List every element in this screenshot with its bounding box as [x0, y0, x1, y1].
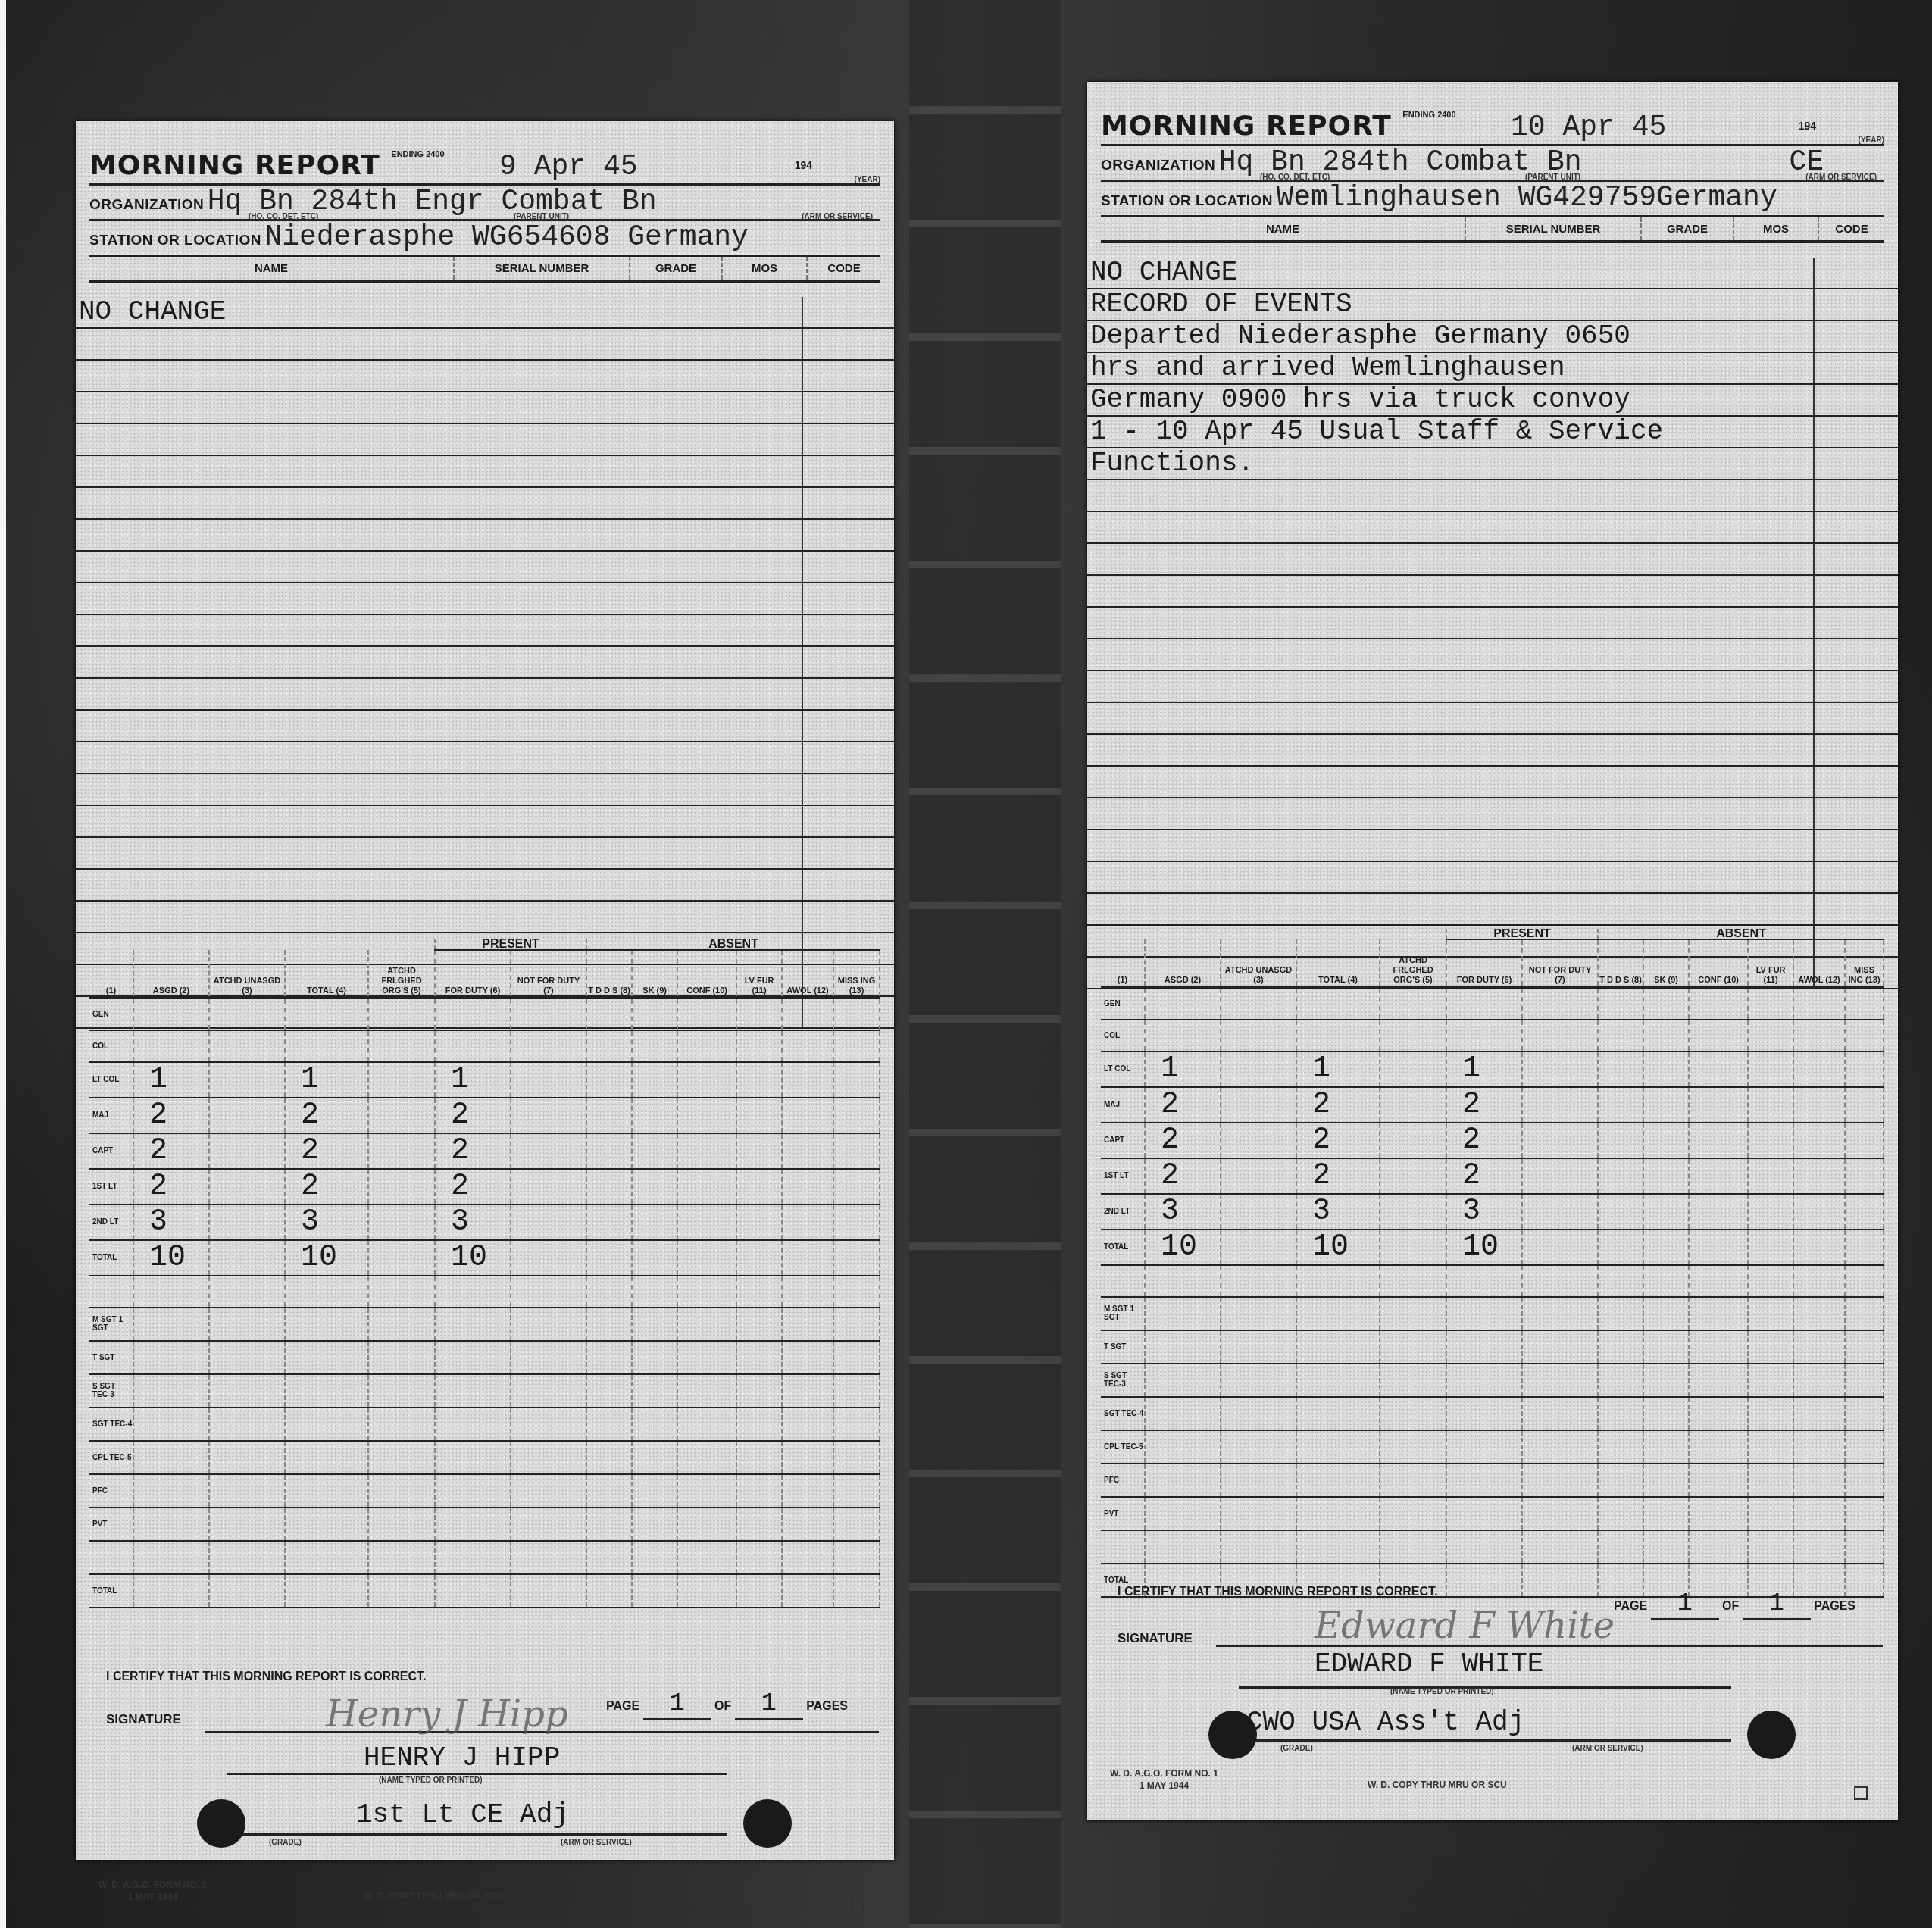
rank-label: TOTAL	[89, 1574, 133, 1608]
strength-cell	[1522, 1158, 1598, 1194]
strength-cell	[586, 1098, 632, 1133]
strength-cell	[209, 998, 285, 1030]
strength-cell: 3	[435, 1205, 511, 1240]
strength-cell	[209, 1508, 285, 1541]
strength-cell	[1446, 1364, 1522, 1397]
col-name: NAME	[1101, 217, 1466, 240]
strength-cell	[1748, 1430, 1793, 1464]
strength-cell	[1145, 1364, 1221, 1397]
page-label: PAGE	[606, 1700, 639, 1713]
strength-cell	[1296, 1364, 1380, 1397]
strength-cell	[632, 1205, 677, 1240]
strength-cell	[1145, 1330, 1221, 1364]
roster-line	[1087, 639, 1898, 671]
rank-label	[1101, 1530, 1145, 1564]
strength-cell	[1380, 1530, 1446, 1564]
strength-cell	[1221, 1051, 1296, 1087]
col-grade: GRADE	[630, 257, 723, 280]
strength-cell	[1748, 1464, 1793, 1497]
strength-col-header: LV FUR (11)	[736, 950, 782, 998]
strength-cell	[1748, 1087, 1793, 1123]
strength-cell	[1643, 1297, 1689, 1330]
strength-cell	[1296, 1430, 1380, 1464]
organization-label: ORGANIZATION	[1101, 158, 1215, 173]
strength-cell	[285, 1341, 368, 1374]
roster-entries: NO CHANGE	[76, 297, 894, 1029]
strength-cell	[511, 1574, 586, 1608]
rank-label: M SGT 1 SGT	[89, 1308, 133, 1341]
strength-cell	[1643, 1123, 1689, 1158]
strength-col-header: ASGD (2)	[133, 950, 209, 998]
rank-label: CPL TEC-5	[1101, 1430, 1145, 1464]
strength-cell	[209, 1133, 285, 1169]
strength-cell	[1689, 1087, 1748, 1123]
strength-cell	[1598, 1123, 1643, 1158]
station-value: Niederasphe WG654608 Germany	[264, 221, 749, 254]
strength-cell	[782, 1541, 833, 1574]
col-grade: GRADE	[1642, 217, 1734, 240]
strength-cell	[736, 1205, 782, 1240]
unit-caption: (HQ, CO, DET, ETC)	[249, 213, 318, 221]
strength-cell	[1296, 1297, 1380, 1330]
strength-cell	[1296, 1397, 1380, 1430]
enlisted-strength-row: SGT TEC-4	[1101, 1397, 1884, 1430]
strength-cell	[833, 1408, 880, 1441]
strength-cell	[782, 1441, 833, 1474]
officer-strength-row: CAPT222	[1101, 1123, 1884, 1158]
grade-line	[227, 1833, 727, 1836]
strength-cell	[1145, 1397, 1221, 1430]
strength-cell	[1689, 1464, 1748, 1497]
strength-cell	[1845, 1087, 1884, 1123]
strength-cell	[285, 1508, 368, 1541]
rank-label: SGT TEC-4	[1101, 1397, 1145, 1430]
name-line	[227, 1773, 727, 1775]
strength-col-header: MISS ING (13)	[833, 950, 880, 998]
strength-cell	[586, 1474, 632, 1508]
strength-cell	[1845, 1497, 1884, 1530]
strength-cell	[833, 1169, 880, 1205]
station-row: STATION OR LOCATION Niederasphe WG654608…	[89, 221, 880, 257]
strength-cell	[833, 1508, 880, 1541]
enlisted-strength-row: S SGT TEC-3	[1101, 1364, 1884, 1397]
strength-cell	[368, 1474, 435, 1508]
strength-cell	[133, 1374, 209, 1408]
strength-cell	[736, 1374, 782, 1408]
strength-cell	[1380, 1123, 1446, 1158]
strength-cell	[782, 1205, 833, 1240]
report-header: MORNING REPORT ENDING 2400 10 Apr 45 194…	[1101, 111, 1884, 243]
strength-cell	[1689, 1123, 1748, 1158]
strength-cell	[1380, 1397, 1446, 1430]
strength-cell	[368, 1030, 435, 1062]
officer-strength-row	[89, 1276, 880, 1308]
strength-cell	[1643, 1158, 1689, 1194]
strength-cell	[586, 1030, 632, 1062]
strength-cell	[677, 1408, 736, 1441]
parent-caption: (PARENT UNIT)	[1525, 173, 1580, 182]
strength-cell	[736, 1574, 782, 1608]
strength-cell	[833, 1205, 880, 1240]
strength-cell	[285, 1374, 368, 1408]
strength-cell	[833, 1441, 880, 1474]
strength-cell	[368, 1098, 435, 1133]
roster-line	[76, 711, 894, 742]
strength-cell	[1145, 1530, 1221, 1564]
roster-column-header: NAME SERIAL NUMBER GRADE MOS CODE	[89, 257, 880, 283]
arm-service-caption: (ARM OR SERVICE)	[1572, 1745, 1643, 1753]
rank-label: GEN	[1101, 987, 1145, 1020]
strength-cell	[677, 1441, 736, 1474]
enlisted-strength-row: PFC	[89, 1474, 880, 1508]
strength-cell	[1748, 1123, 1793, 1158]
strength-cell	[782, 1408, 833, 1441]
strength-cell	[133, 998, 209, 1030]
strength-cell	[1643, 1464, 1689, 1497]
strength-col-header: NOT FOR DUTY (7)	[511, 950, 586, 998]
strength-cell	[1446, 1497, 1522, 1530]
present-group-header: PRESENT	[435, 939, 586, 950]
strength-col-header: T D D S (8)	[586, 950, 632, 998]
strength-cell: 2	[133, 1169, 209, 1205]
strength-cell	[133, 1341, 209, 1374]
rank-label: PFC	[89, 1474, 133, 1508]
roster-line	[76, 456, 894, 488]
strength-cell	[632, 1276, 677, 1308]
strength-cell	[586, 1240, 632, 1276]
strength-cell	[1446, 1397, 1522, 1430]
strength-cell	[1793, 1330, 1845, 1364]
enlisted-strength-row: M SGT 1 SGT	[1101, 1297, 1884, 1330]
strength-cell	[1845, 1123, 1884, 1158]
strength-cell	[435, 1341, 511, 1374]
arm-service-caption: (ARM OR SERVICE)	[561, 1839, 632, 1847]
strength-cell: 3	[1446, 1194, 1522, 1230]
strength-cell	[1689, 1230, 1748, 1265]
roster-line	[76, 552, 894, 583]
strength-cell	[1793, 1265, 1845, 1297]
strength-cell	[435, 1474, 511, 1508]
strength-cell	[677, 1508, 736, 1541]
strength-cell	[1793, 1087, 1845, 1123]
strength-col-header: (1)	[89, 950, 133, 998]
strength-cell	[1793, 1430, 1845, 1464]
strength-cell	[511, 1374, 586, 1408]
strength-cell	[1522, 1364, 1598, 1397]
form-number: W. D. A.G.O. FORM NO. 1	[98, 1879, 207, 1891]
strength-cell	[1296, 1464, 1380, 1497]
strength-cell	[1845, 1430, 1884, 1464]
strength-cell: 10	[285, 1240, 368, 1276]
strength-cell	[1598, 1265, 1643, 1297]
rank-label: 2ND LT	[1101, 1194, 1145, 1230]
report-date: 10 Apr 45	[1511, 111, 1666, 144]
strength-cell	[1845, 1330, 1884, 1364]
strength-cell	[285, 1441, 368, 1474]
rank-label: 2ND LT	[89, 1205, 133, 1240]
strength-cell	[677, 1308, 736, 1341]
strength-cell	[1598, 1497, 1643, 1530]
strength-cell	[285, 1308, 368, 1341]
strength-cell	[285, 1408, 368, 1441]
strength-cell	[1793, 1397, 1845, 1430]
strength-cell	[368, 1374, 435, 1408]
strength-cell	[1643, 1364, 1689, 1397]
roster-line	[1087, 671, 1898, 703]
ending-label: ENDING 2400	[391, 150, 444, 159]
strength-cell: 2	[1446, 1087, 1522, 1123]
rank-label	[89, 1276, 133, 1308]
page-total: 1	[1743, 1589, 1811, 1620]
roster-line	[76, 329, 894, 361]
strength-col-header: FOR DUTY (6)	[435, 950, 511, 998]
strength-cell	[1380, 1158, 1446, 1194]
strength-cell	[1380, 1020, 1446, 1051]
strength-cell	[435, 1374, 511, 1408]
rank-label: PFC	[1101, 1464, 1145, 1497]
strength-cell	[133, 1308, 209, 1341]
strength-cell	[133, 1441, 209, 1474]
roster-line	[76, 774, 894, 806]
roster-line: NO CHANGE	[76, 297, 894, 329]
strength-cell	[677, 1205, 736, 1240]
strength-cell	[1845, 1265, 1884, 1297]
strength-cell: 2	[1296, 1123, 1380, 1158]
strength-cell	[1296, 1330, 1380, 1364]
rank-label: CAPT	[89, 1133, 133, 1169]
of-label: OF	[714, 1700, 731, 1713]
strength-cell	[511, 1308, 586, 1341]
strength-cell	[1522, 1464, 1598, 1497]
strength-cell	[1221, 1297, 1296, 1330]
strength-cell	[133, 1541, 209, 1574]
roster-line	[1087, 735, 1898, 767]
rank-label: PVT	[89, 1508, 133, 1541]
strength-cell	[1145, 1265, 1221, 1297]
strength-cell	[586, 1062, 632, 1098]
strength-cell	[1522, 1330, 1598, 1364]
strength-cell: 1	[1145, 1051, 1221, 1087]
enlisted-strength-row: PVT	[89, 1508, 880, 1541]
strength-cell	[736, 1441, 782, 1474]
strength-cell	[736, 1030, 782, 1062]
strength-cell	[1446, 1297, 1522, 1330]
strength-cell: 2	[435, 1133, 511, 1169]
enlisted-strength-row	[1101, 1530, 1884, 1564]
morning-report-form-9-apr: MORNING REPORT ENDING 2400 9 Apr 45 194 …	[76, 121, 894, 1860]
strength-col-header: AWOL (12)	[1793, 939, 1845, 987]
strength-col-header: ATCHD FRLGHED ORG'S (5)	[1380, 939, 1446, 987]
copy-note: W. D. COPY THRU MRU OR SCU	[1368, 1779, 1507, 1791]
year-prefix: 194	[795, 159, 812, 171]
strength-col-header: FOR DUTY (6)	[1446, 939, 1522, 987]
page-number: 1	[1651, 1589, 1719, 1620]
strength-cell	[209, 1441, 285, 1474]
strength-cell	[677, 1341, 736, 1374]
rank-label: MAJ	[1101, 1087, 1145, 1123]
roster-line: 1 - 10 Apr 45 Usual Staff & Service	[1087, 417, 1898, 448]
strength-cell	[285, 1276, 368, 1308]
officer-strength-row: LT COL111	[89, 1062, 880, 1098]
strength-cell	[1689, 1297, 1748, 1330]
typed-name: HENRY J HIPP	[364, 1742, 560, 1773]
strength-cell	[1748, 1158, 1793, 1194]
station-label: STATION OR LOCATION	[1101, 193, 1273, 209]
strength-cell	[285, 998, 368, 1030]
report-title: MORNING REPORT	[1101, 111, 1392, 142]
strength-cell	[1598, 1464, 1643, 1497]
strength-cell	[511, 1276, 586, 1308]
strength-cell: 3	[1145, 1194, 1221, 1230]
strength-cell	[1522, 1123, 1598, 1158]
grade-line	[1239, 1739, 1731, 1742]
strength-cell	[736, 1240, 782, 1276]
strength-cell	[677, 1276, 736, 1308]
roster-line: Departed Niederasphe Germany 0650	[1087, 321, 1898, 353]
strength-cell	[209, 1308, 285, 1341]
present-group-header: PRESENT	[1446, 929, 1598, 939]
roster-line	[76, 424, 894, 456]
strength-cell	[736, 1508, 782, 1541]
form-id: W. D. A.G.O. FORM NO. 1 1 MAY 1944	[1110, 1767, 1218, 1792]
strength-cell	[1446, 1430, 1522, 1464]
page-number: 1	[643, 1689, 711, 1720]
strength-cell	[1522, 1397, 1598, 1430]
strength-cell	[1793, 1051, 1845, 1087]
strength-cell	[1689, 1430, 1748, 1464]
strength-cell	[1643, 1397, 1689, 1430]
strength-cell	[1522, 1497, 1598, 1530]
typed-name: EDWARD F WHITE	[1315, 1648, 1543, 1680]
strength-cell	[632, 1308, 677, 1341]
strength-cell: 1	[285, 1062, 368, 1098]
roster-line	[76, 615, 894, 647]
strength-cell	[833, 1098, 880, 1133]
strength-cell	[1522, 1265, 1598, 1297]
strength-cell	[368, 1508, 435, 1541]
col-serial-number: SERIAL NUMBER	[1466, 217, 1642, 240]
col-name: NAME	[89, 257, 455, 280]
enlisted-strength-row: CPL TEC-5	[1101, 1430, 1884, 1464]
strength-cell	[285, 1574, 368, 1608]
strength-cell	[632, 1508, 677, 1541]
rank-label: COL	[89, 1030, 133, 1062]
strength-cell: 2	[1296, 1087, 1380, 1123]
roster-entries: NO CHANGE RECORD OF EVENTSDeparted Niede…	[1087, 258, 1898, 989]
rank-label: CAPT	[1101, 1123, 1145, 1158]
col-code: CODE	[808, 257, 880, 280]
roster-line: NO CHANGE	[1087, 258, 1898, 289]
strength-cell	[736, 1341, 782, 1374]
strength-cell	[782, 1308, 833, 1341]
strength-cell	[1748, 1230, 1793, 1265]
ending-label: ENDING 2400	[1402, 111, 1455, 120]
strength-cell: 2	[1296, 1158, 1380, 1194]
strength-cell	[209, 1098, 285, 1133]
roster-line	[1087, 576, 1898, 608]
strength-cell	[511, 1508, 586, 1541]
enlisted-strength-row: PVT	[1101, 1497, 1884, 1530]
strength-cell	[511, 1062, 586, 1098]
strength-cell	[1689, 1158, 1748, 1194]
strength-cell	[1598, 1430, 1643, 1464]
absent-group-header: ABSENT	[586, 939, 880, 950]
roster-line	[76, 902, 894, 933]
strength-cell	[209, 1062, 285, 1098]
strength-cell: 1	[1296, 1051, 1380, 1087]
enlisted-strength-row: S SGT TEC-3	[89, 1374, 880, 1408]
roster-line	[1087, 480, 1898, 512]
strength-cell	[586, 998, 632, 1030]
strength-cell	[1598, 1330, 1643, 1364]
roster-line	[76, 742, 894, 774]
strength-cell	[1598, 1194, 1643, 1230]
strength-cell	[1845, 1530, 1884, 1564]
strength-cell	[736, 1541, 782, 1574]
strength-cell: 2	[1446, 1158, 1522, 1194]
strength-cell: 2	[133, 1133, 209, 1169]
strength-cell	[833, 1574, 880, 1608]
strength-cell	[435, 1441, 511, 1474]
strength-cell	[1748, 1297, 1793, 1330]
strength-cell	[511, 1541, 586, 1574]
strength-cell	[133, 1408, 209, 1441]
strength-cell	[677, 1574, 736, 1608]
rank-label: CPL TEC-5	[89, 1441, 133, 1474]
roster-line	[1087, 767, 1898, 798]
strength-cell	[782, 1098, 833, 1133]
strength-cell	[586, 1574, 632, 1608]
strength-cell	[511, 1408, 586, 1441]
strength-cell	[1446, 1530, 1522, 1564]
strength-cell	[833, 1276, 880, 1308]
strength-col-header: ATCHD UNASGD (3)	[1221, 939, 1296, 987]
strength-cell	[1221, 1430, 1296, 1464]
strength-cell	[1689, 1265, 1748, 1297]
strength-cell	[1598, 1530, 1643, 1564]
officer-strength-row: GEN	[1101, 987, 1884, 1020]
strength-cell	[1598, 1051, 1643, 1087]
strength-cell	[1793, 1530, 1845, 1564]
strength-cell	[677, 1474, 736, 1508]
handwritten-signature: Edward F White	[1315, 1605, 1615, 1647]
strength-cell	[833, 1474, 880, 1508]
strength-cell	[511, 1098, 586, 1133]
strength-cell	[1748, 987, 1793, 1020]
strength-cell	[285, 1474, 368, 1508]
year-prefix: 194	[1799, 120, 1816, 132]
strength-cell	[435, 1030, 511, 1062]
strength-cell	[368, 1133, 435, 1169]
strength-cell	[1643, 1230, 1689, 1265]
officer-strength-row: COL	[1101, 1020, 1884, 1051]
strength-cell	[677, 1030, 736, 1062]
strength-cell: 3	[133, 1205, 209, 1240]
strength-cell	[736, 1408, 782, 1441]
enlisted-strength-row: TOTAL	[89, 1574, 880, 1608]
unit-caption: (HQ, CO, DET, ETC)	[1260, 173, 1330, 182]
strength-cell	[435, 998, 511, 1030]
enlisted-strength-row: CPL TEC-5	[89, 1441, 880, 1474]
strength-cell	[1643, 987, 1689, 1020]
strength-cell	[1845, 1364, 1884, 1397]
strength-cell	[1689, 1194, 1748, 1230]
strength-cell	[632, 1541, 677, 1574]
strength-cell	[1598, 1397, 1643, 1430]
rank-label: COL	[1101, 1020, 1145, 1051]
strength-cell	[1643, 1194, 1689, 1230]
strength-cell	[1845, 987, 1884, 1020]
